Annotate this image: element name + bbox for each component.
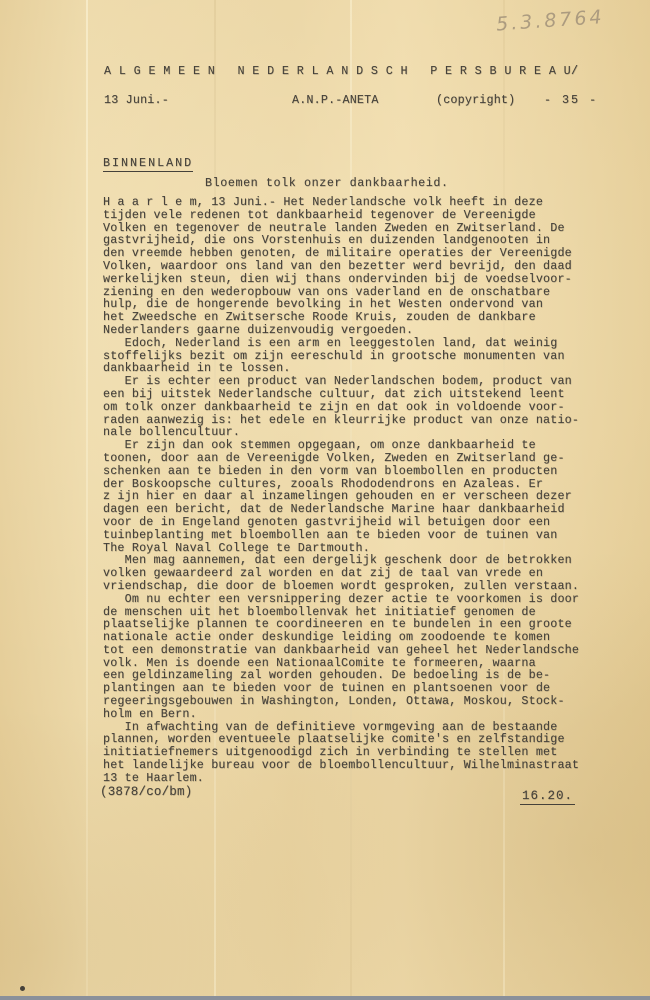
reference-code: (3878/co/bm) [100,785,192,799]
body-line: volken gewaardeerd zal worden en dat zij… [103,567,573,580]
body-line: H a a r l e m, 13 Juni.- Het Nederlandsc… [103,196,573,209]
agency-abbreviation: A.N.P.-ANETA [292,93,379,107]
body-line: toonen, door aan de Vereenigde Volken, Z… [103,452,573,465]
ink-spot [20,986,25,991]
body-line: Om nu echter een versnippering dezer act… [103,593,573,606]
body-line: holm en Bern. [103,708,573,721]
body-line: nationale actie onder deskundige leiding… [103,631,573,644]
body-line: Edoch, Nederland is een arm en leeggesto… [103,337,573,350]
body-line: Volken, waardoor ons land van den bezett… [103,260,573,273]
copyright-label: (copyright) [436,93,515,107]
body-line: regeeringsgebouwen in Washington, Londen… [103,695,573,708]
header-meta-row: 13 Juni.- A.N.P.-ANETA (copyright) - 35 … [104,93,604,109]
body-line: tot een demonstratie van dankbaarheid va… [103,644,573,657]
article-title: Bloemen tolk onzer dankbaarheid. [205,176,449,190]
dateline: 13 Juni.- [104,93,169,107]
body-line: tuinbeplanting met bloembollen aan te bi… [103,529,573,542]
agency-name: A L G E M E E N N E D E R L A N D S C H … [104,64,578,78]
scan-edge [0,996,650,1000]
time-mark: 16.20. [520,789,575,805]
body-line: voor de in Engeland genoten gastvrijheid… [103,516,573,529]
issue-number: - 35 - [544,93,598,107]
handwritten-archive-number: 5.3.8764 [495,2,650,35]
body-line: om tolk onzer dankbaarheid te zijn en da… [103,401,573,414]
body-line: Nederlanders gaarne duizenvoudig vergoed… [103,324,573,337]
body-line: werkelijken steun, dien wij thans onderv… [103,273,573,286]
document-page: 5.3.8764 A L G E M E E N N E D E R L A N… [0,0,650,1000]
body-line: 13 te Haarlem. [103,772,573,785]
body-line: schenken aan te bieden in den vorm van b… [103,465,573,478]
section-label: BINNENLAND [103,156,193,172]
body-line: vriendschap, die door de bloemen wordt g… [103,580,573,593]
body-line: tijden vele redenen tot dankbaarheid teg… [103,209,573,222]
article-body: H a a r l e m, 13 Juni.- Het Nederlandsc… [103,196,573,785]
body-line: dagen een bericht, dat de Nederlandsche … [103,503,573,516]
body-line: het landelijke bureau voor de bloembolle… [103,759,573,772]
body-line: een bij uitstek Nederlandsche cultuur, d… [103,388,573,401]
paper-crease [86,0,88,1000]
